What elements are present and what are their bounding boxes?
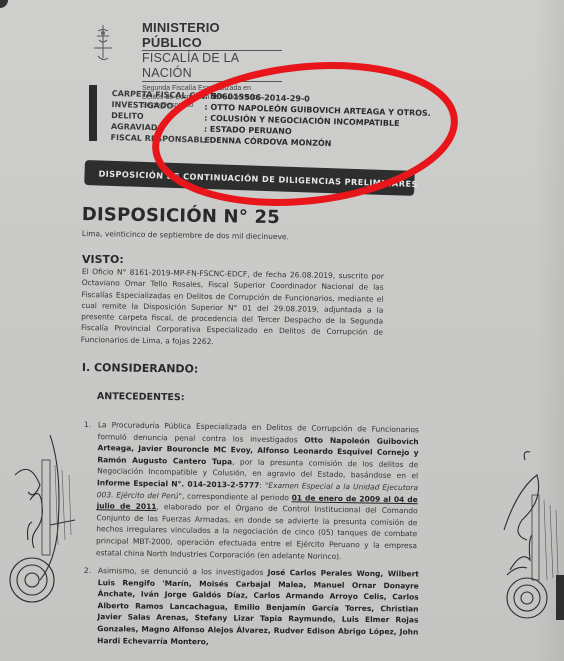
document-title: DISPOSICIÓN N° 25 <box>82 204 280 228</box>
dateline: Lima, veinticinco de septiembre de dos m… <box>82 229 289 241</box>
margin-bar <box>89 85 97 141</box>
paragraph-text: Asimismo, se denunció a los investigados… <box>97 565 419 650</box>
institution-subname: FISCALÍA DE LA NACIÓN <box>142 51 282 82</box>
scan-corner <box>0 0 8 8</box>
left-signature-stamp <box>0 430 82 605</box>
institution-name: MINISTERIO PÚBLICO <box>142 20 282 51</box>
visto-heading: VISTO: <box>82 253 124 266</box>
coat-of-arms-icon <box>92 22 114 64</box>
section-heading: I. CONSIDERANDO: <box>82 361 199 376</box>
case-info-block: CARPETA FISCAL CGF N° : 506015506-2014-2… <box>110 88 431 152</box>
subsection-heading: ANTECEDENTES: <box>97 391 185 403</box>
right-signature-stamp <box>492 440 564 620</box>
visto-paragraph: El Oficio N° 8161-2019-MP-FN-FSCNC-EDCF,… <box>81 266 384 350</box>
document-type-banner: DISPOSICIÓN DE CONTINUACIÓN DE DILIGENCI… <box>84 160 415 196</box>
numbered-paragraph: 2. Asimismo, se denunció a los investiga… <box>83 565 419 650</box>
document-page: MINISTERIO PÚBLICO FISCALÍA DE LA NACIÓN… <box>0 0 564 661</box>
numbered-paragraph: 1. La Procuraduría Pública Especializada… <box>82 419 419 563</box>
paragraph-text: La Procuraduría Pública Especializada en… <box>96 419 419 563</box>
